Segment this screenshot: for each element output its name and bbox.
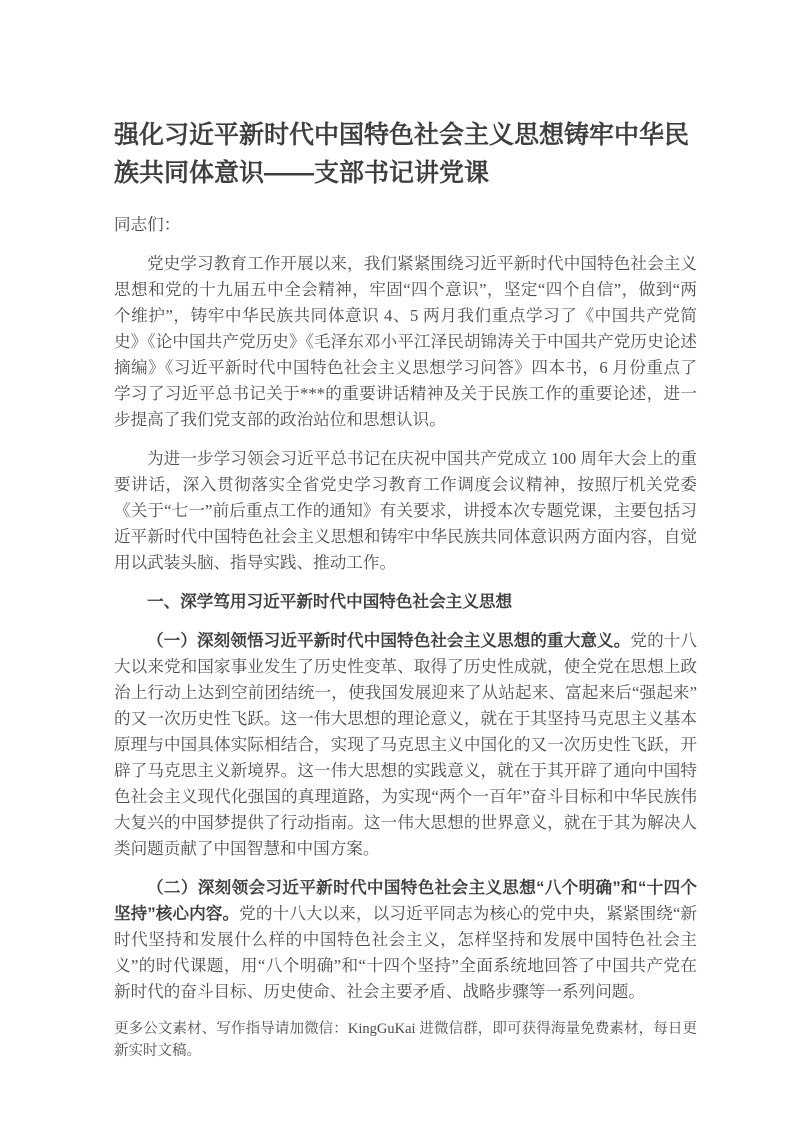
subsection-1: （一）深刻领悟习近平新时代中国特色社会主义思想的重大意义。党的十八大以来党和国家… bbox=[114, 628, 697, 862]
subsection-1-lead: （一）深刻领悟习近平新时代中国特色社会主义思想的重大意义。 bbox=[147, 631, 630, 650]
paragraph-lecture-purpose: 为进一步学习领会习近平总书记在庆祝中国共产党成立 100 周年大会上的重要讲话，… bbox=[114, 446, 697, 576]
subsection-1-body: 党的十八大以来党和国家事业发生了历史性变革、取得了历史性成就，使全党在思想上政治… bbox=[114, 631, 697, 858]
footer-promo-note: 更多公文素材、写作指导请加微信：KingGuKai 进微信群，即可获得海量免费素… bbox=[114, 1018, 697, 1062]
document-title: 强化习近平新时代中国特色社会主义思想铸牢中华民族共同体意识——支部书记讲党课 bbox=[114, 116, 697, 192]
salutation: 同志们： bbox=[114, 212, 697, 238]
section-heading-1: 一、深学笃用习近平新时代中国特色社会主义思想 bbox=[114, 589, 697, 615]
subsection-2: （二）深刻领会习近平新时代中国特色社会主义思想“八个明确”和“十四个坚持”核心内… bbox=[114, 875, 697, 1005]
document-page: 强化习近平新时代中国特色社会主义思想铸牢中华民族共同体意识——支部书记讲党课 同… bbox=[0, 0, 793, 1122]
paragraph-study-review: 党史学习教育工作开展以来，我们紧紧围绕习近平新时代中国特色社会主义思想和党的十九… bbox=[114, 251, 697, 433]
